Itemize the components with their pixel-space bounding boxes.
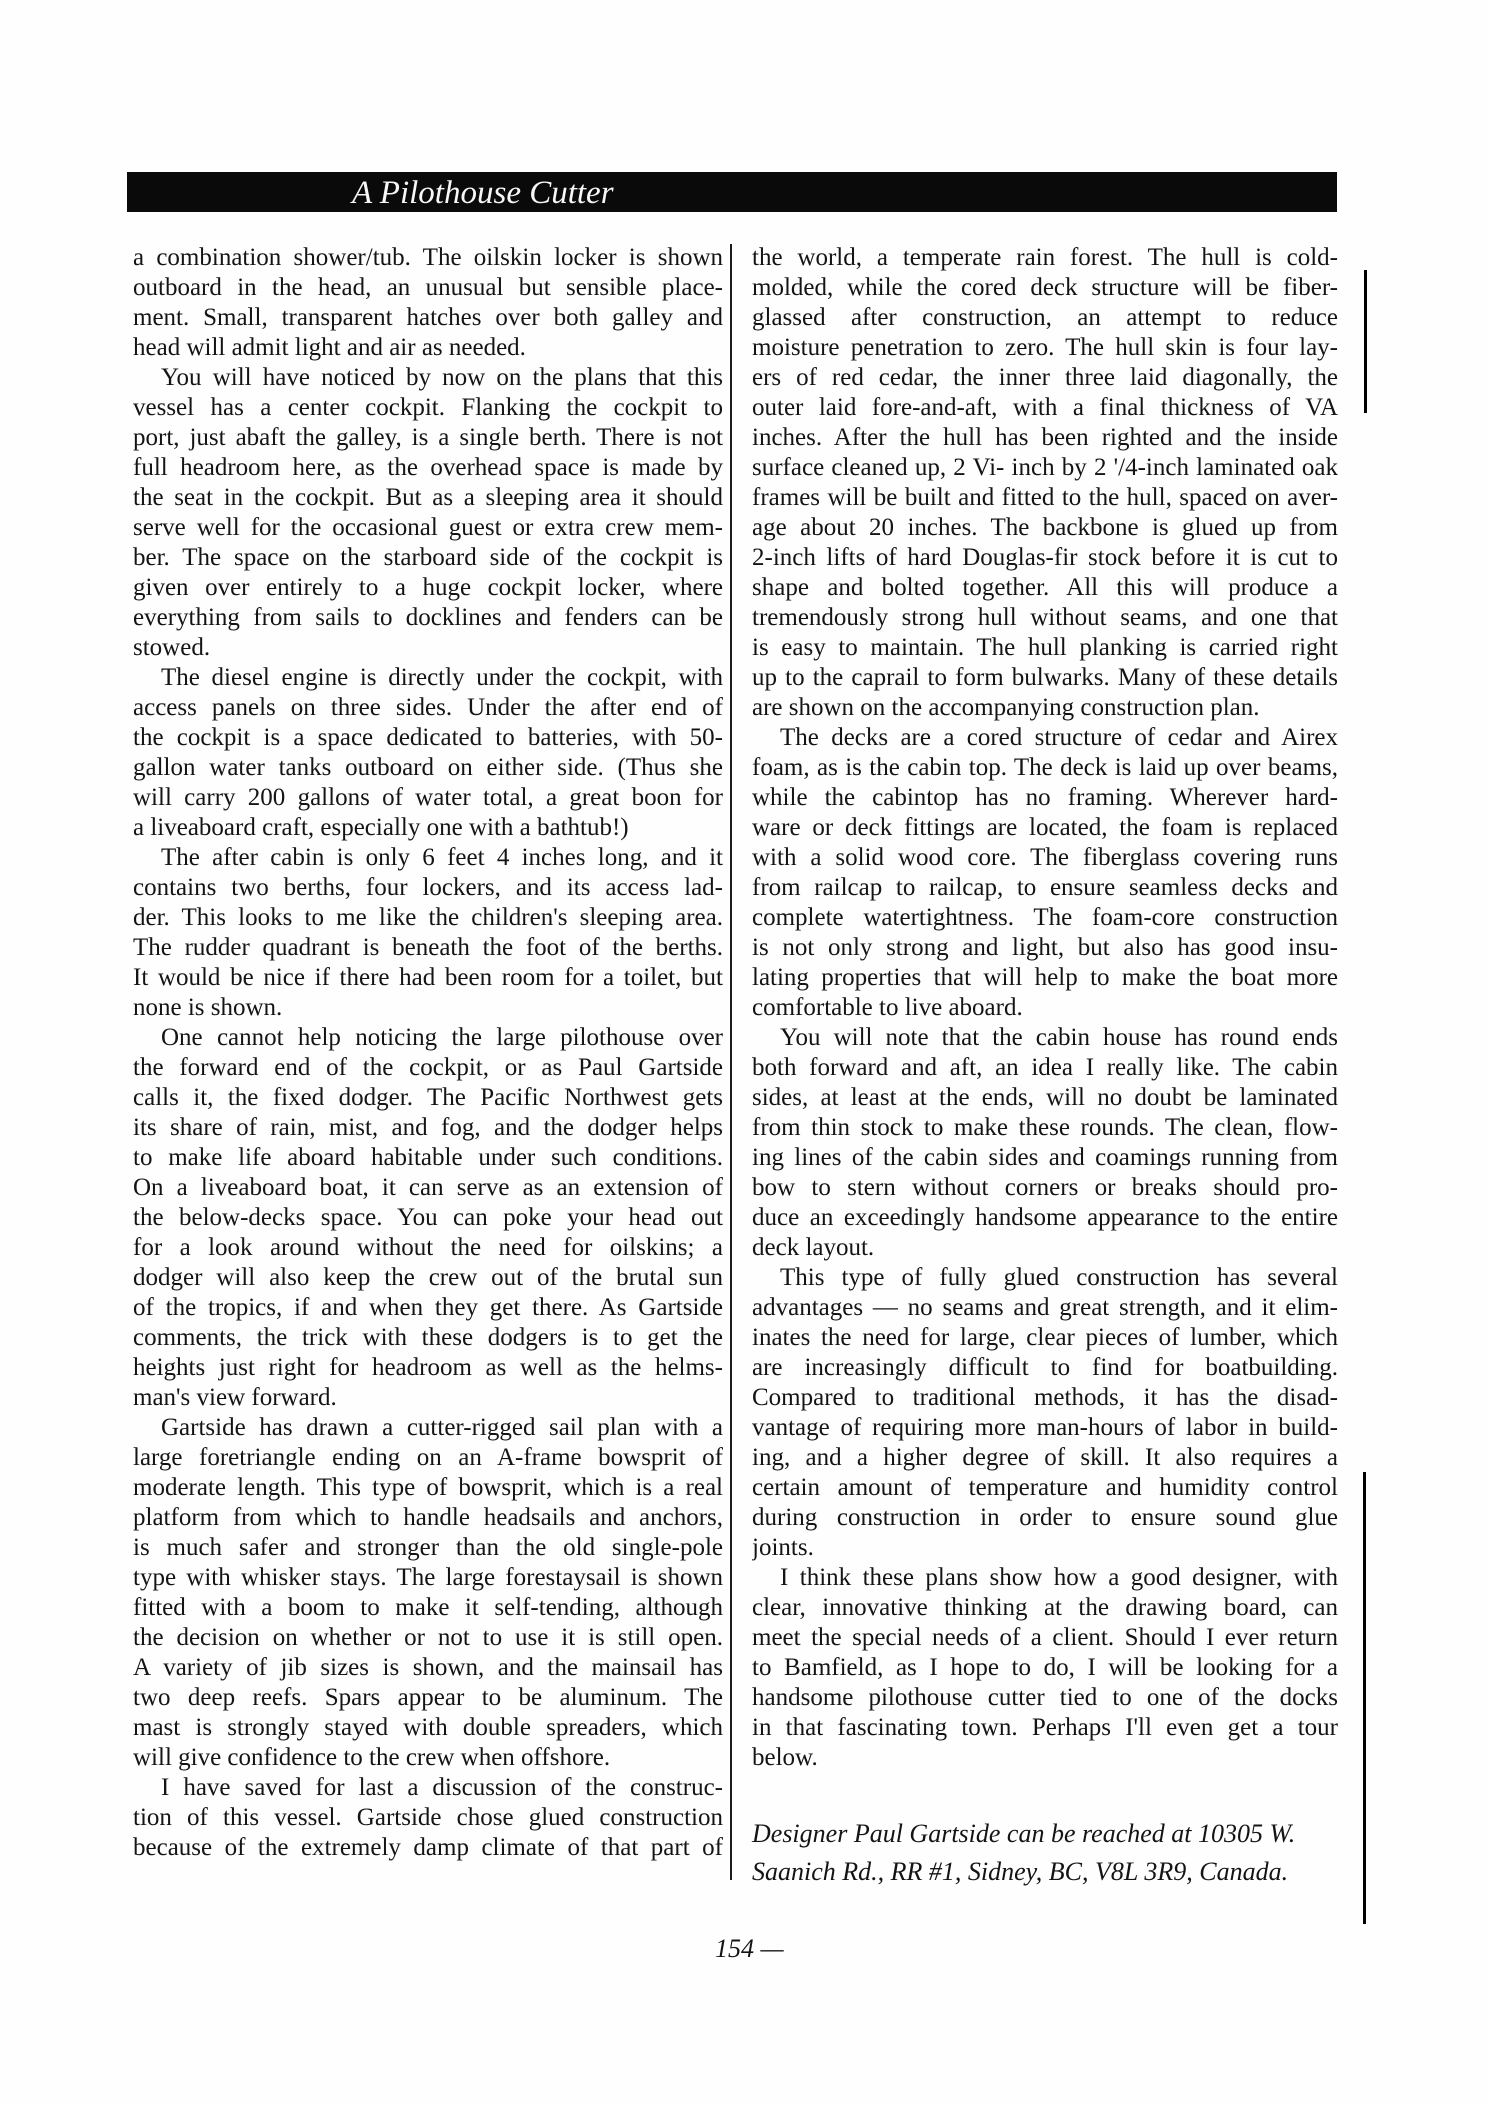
column-divider-rule <box>730 244 732 1880</box>
text-line: access panels on three sides. Under the … <box>133 693 723 723</box>
text-line: will carry 200 gallons of water total, a… <box>133 783 723 813</box>
text-line: A variety of jib sizes is shown, and the… <box>133 1653 723 1683</box>
text-line: outboard in the head, an unusual but sen… <box>133 273 723 303</box>
text-line: from thin stock to make these rounds. Th… <box>752 1113 1338 1143</box>
text-line: advantages — no seams and great strength… <box>752 1293 1338 1323</box>
text-line: I have saved for last a discussion of th… <box>133 1773 723 1803</box>
text-line: I think these plans show how a good desi… <box>752 1563 1338 1593</box>
text-line: tremendously strong hull without seams, … <box>752 603 1338 633</box>
text-line: sides, at least at the ends, will no dou… <box>752 1083 1338 1113</box>
text-line: The after cabin is only 6 feet 4 inches … <box>133 843 723 873</box>
text-line: inates the need for large, clear pieces … <box>752 1323 1338 1353</box>
text-line: ing, and a higher degree of skill. It al… <box>752 1443 1338 1473</box>
text-line: the decision on whether or not to use it… <box>133 1623 723 1653</box>
text-line: given over entirely to a huge cockpit lo… <box>133 573 723 603</box>
text-line: ers of red cedar, the inner three laid d… <box>752 363 1338 393</box>
text-line: man's view forward. <box>133 1383 723 1413</box>
magazine-page: A Pilothouse Cutter a combination shower… <box>0 0 1488 2105</box>
text-line: the below-decks space. You can poke your… <box>133 1203 723 1233</box>
text-line: its share of rain, mist, and fog, and th… <box>133 1113 723 1143</box>
text-line: moderate length. This type of bowsprit, … <box>133 1473 723 1503</box>
text-line: lating properties that will help to make… <box>752 963 1338 993</box>
text-line: is much safer and stronger than the old … <box>133 1533 723 1563</box>
text-line: age about 20 inches. The backbone is glu… <box>752 513 1338 543</box>
text-line: up to the caprail to form bulwarks. Many… <box>752 663 1338 693</box>
text-line: from railcap to railcap, to ensure seaml… <box>752 873 1338 903</box>
text-line: moisture penetration to zero. The hull s… <box>752 333 1338 363</box>
text-line: port, just abaft the galley, is a single… <box>133 423 723 453</box>
text-line: type with whisker stays. The large fores… <box>133 1563 723 1593</box>
text-line: Compared to traditional methods, it has … <box>752 1383 1338 1413</box>
text-line: One cannot help noticing the large pilot… <box>133 1023 723 1053</box>
text-line: gallon water tanks outboard on either si… <box>133 753 723 783</box>
text-line: outer laid fore-and-aft, with a final th… <box>752 393 1338 423</box>
designer-contact-line: Designer Paul Gartside can be reached at… <box>752 1815 1338 1853</box>
text-line: none is shown. <box>133 993 723 1023</box>
text-line: to make life aboard habitable under such… <box>133 1143 723 1173</box>
designer-contact-line: Saanich Rd., RR #1, Sidney, BC, V8L 3R9,… <box>752 1853 1338 1891</box>
text-line: frames will be built and fitted to the h… <box>752 483 1338 513</box>
text-line: is easy to maintain. The hull planking i… <box>752 633 1338 663</box>
page-edge-line-bottom <box>1363 1472 1366 1924</box>
text-line: The rudder quadrant is beneath the foot … <box>133 933 723 963</box>
text-line: You will have noticed by now on the plan… <box>133 363 723 393</box>
text-line: 2-inch lifts of hard Douglas-fir stock b… <box>752 543 1338 573</box>
text-line: complete watertightness. The foam-core c… <box>752 903 1338 933</box>
text-line: the cockpit is a space dedicated to batt… <box>133 723 723 753</box>
text-line: full headroom here, as the overhead spac… <box>133 453 723 483</box>
text-line: is not only strong and light, but also h… <box>752 933 1338 963</box>
text-line: ing lines of the cabin sides and coaming… <box>752 1143 1338 1173</box>
text-line: der. This looks to me like the children'… <box>133 903 723 933</box>
text-line: in that fascinating town. Perhaps I'll e… <box>752 1713 1338 1743</box>
text-line: fitted with a boom to make it self-tendi… <box>133 1593 723 1623</box>
text-line: glassed after construction, an attempt t… <box>752 303 1338 333</box>
text-line: Gartside has drawn a cutter-rigged sail … <box>133 1413 723 1443</box>
article-title: A Pilothouse Cutter <box>352 172 614 212</box>
text-line: mast is strongly stayed with double spre… <box>133 1713 723 1743</box>
text-line: while the cabintop has no framing. Where… <box>752 783 1338 813</box>
text-line: bow to stern without corners or breaks s… <box>752 1173 1338 1203</box>
text-line: foam, as is the cabin top. The deck is l… <box>752 753 1338 783</box>
designer-contact-note: Designer Paul Gartside can be reached at… <box>752 1815 1338 1891</box>
left-text-column: a combination shower/tub. The oilskin lo… <box>133 243 723 1863</box>
text-line: a combination shower/tub. The oilskin lo… <box>133 243 723 273</box>
text-line: because of the extremely damp climate of… <box>133 1833 723 1863</box>
text-line: for a look around without the need for o… <box>133 1233 723 1263</box>
text-line: duce an exceedingly handsome appearance … <box>752 1203 1338 1233</box>
text-line: calls it, the fixed dodger. The Pacific … <box>133 1083 723 1113</box>
text-line: two deep reefs. Spars appear to be alumi… <box>133 1683 723 1713</box>
text-line: heights just right for headroom as well … <box>133 1353 723 1383</box>
text-line: both forward and aft, an idea I really l… <box>752 1053 1338 1083</box>
right-text-column: the world, a temperate rain forest. The … <box>752 243 1338 1891</box>
text-line: comments, the trick with these dodgers i… <box>133 1323 723 1353</box>
text-line: It would be nice if there had been room … <box>133 963 723 993</box>
text-line: ware or deck fittings are located, the f… <box>752 813 1338 843</box>
text-line: You will note that the cabin house has r… <box>752 1023 1338 1053</box>
text-line: comfortable to live aboard. <box>752 993 1338 1023</box>
text-line: of the tropics, if and when they get the… <box>133 1293 723 1323</box>
text-line: everything from sails to docklines and f… <box>133 603 723 633</box>
text-line: serve well for the occasional guest or e… <box>133 513 723 543</box>
text-line: shape and bolted together. All this will… <box>752 573 1338 603</box>
text-line: clear, innovative thinking at the drawin… <box>752 1593 1338 1623</box>
text-line: large foretriangle ending on an A-frame … <box>133 1443 723 1473</box>
text-line: to Bamfield, as I hope to do, I will be … <box>752 1653 1338 1683</box>
text-line: surface cleaned up, 2 Vi- inch by 2 '/4-… <box>752 453 1338 483</box>
text-line: tion of this vessel. Gartside chose glue… <box>133 1803 723 1833</box>
text-line: a liveaboard craft, especially one with … <box>133 813 723 843</box>
text-line: meet the special needs of a client. Shou… <box>752 1623 1338 1653</box>
text-line: certain amount of temperature and humidi… <box>752 1473 1338 1503</box>
text-line: the world, a temperate rain forest. The … <box>752 243 1338 273</box>
text-line: ment. Small, transparent hatches over bo… <box>133 303 723 333</box>
page-edge-line-top <box>1364 270 1367 413</box>
text-line: handsome pilothouse cutter tied to one o… <box>752 1683 1338 1713</box>
text-line: molded, while the cored deck structure w… <box>752 273 1338 303</box>
text-line: vessel has a center cockpit. Flanking th… <box>133 393 723 423</box>
text-line: On a liveaboard boat, it can serve as an… <box>133 1173 723 1203</box>
article-header-bar <box>127 172 1337 212</box>
text-line: inches. After the hull has been righted … <box>752 423 1338 453</box>
text-line: below. <box>752 1743 1338 1773</box>
text-line: stowed. <box>133 633 723 663</box>
text-line: The diesel engine is directly under the … <box>133 663 723 693</box>
text-line: vantage of requiring more man-hours of l… <box>752 1413 1338 1443</box>
text-line: are shown on the accompanying constructi… <box>752 693 1338 723</box>
text-line: the seat in the cockpit. But as a sleepi… <box>133 483 723 513</box>
text-line: The decks are a cored structure of cedar… <box>752 723 1338 753</box>
text-line: head will admit light and air as needed. <box>133 333 723 363</box>
text-line: will give confidence to the crew when of… <box>133 1743 723 1773</box>
text-line: the forward end of the cockpit, or as Pa… <box>133 1053 723 1083</box>
page-number: 154 — <box>715 1934 784 1964</box>
text-line: dodger will also keep the crew out of th… <box>133 1263 723 1293</box>
text-line: ber. The space on the starboard side of … <box>133 543 723 573</box>
text-line: during construction in order to ensure s… <box>752 1503 1338 1533</box>
text-line: deck layout. <box>752 1233 1338 1263</box>
text-line: contains two berths, four lockers, and i… <box>133 873 723 903</box>
text-line: This type of fully glued construction ha… <box>752 1263 1338 1293</box>
text-line: platform from which to handle headsails … <box>133 1503 723 1533</box>
text-line: are increasingly difficult to find for b… <box>752 1353 1338 1383</box>
text-line: with a solid wood core. The fiberglass c… <box>752 843 1338 873</box>
text-line: joints. <box>752 1533 1338 1563</box>
